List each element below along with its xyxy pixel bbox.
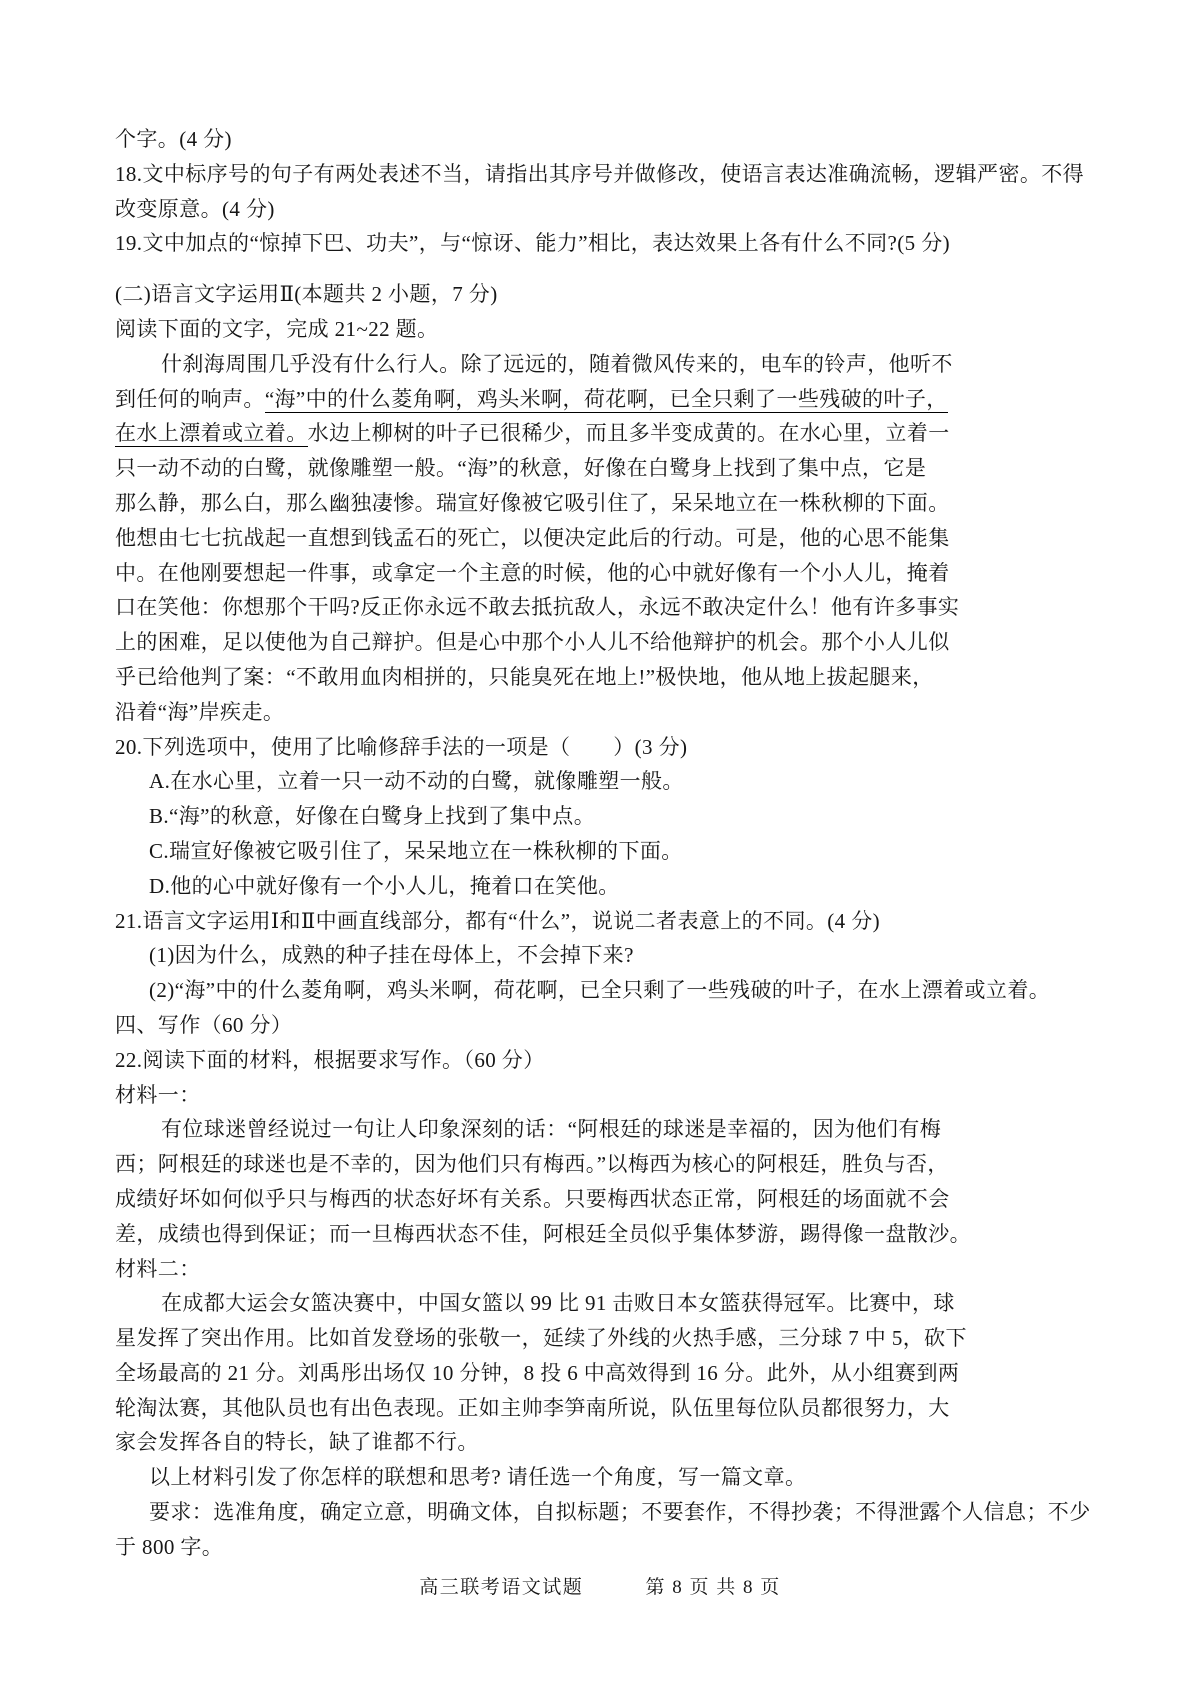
text-segment: 有位球迷曾经说过一句让人印象深刻的话：“阿根廷的球迷是幸福的，因为他们有梅 xyxy=(161,1117,941,1141)
text-line: 于 800 字。 xyxy=(115,1530,1090,1565)
text-segment: 乎已给他判了案：“不敢用血肉相拼的，只能臭死在地上!”极快地，他从地上拔起腿来， xyxy=(115,665,934,689)
text-line: B.“海”的秋意，好像在白鹭身上找到了集中点。 xyxy=(115,799,1090,834)
text-line: 星发挥了突出作用。比如首发登场的张敬一，延续了外线的火热手感，三分球 7 中 5… xyxy=(115,1321,1090,1356)
text-line: 要求：选准角度，确定立意，明确文体，自拟标题；不要套作，不得抄袭；不得泄露个人信… xyxy=(115,1495,1090,1530)
text-segment: B.“海”的秋意，好像在白鹭身上找到了集中点。 xyxy=(149,804,595,828)
text-line: 在水上漂着或立着。水边上柳树的叶子已很稀少，而且多半变成黄的。在水心里，立着一 xyxy=(115,416,1090,451)
text-segment: 19.文中加点的“惊掉下巴、功夫”，与“惊讶、能力”相比，表达效果上各有什么不同… xyxy=(115,231,950,255)
text-line: C.瑞宣好像被它吸引住了，呆呆地立在一株秋柳的下面。 xyxy=(115,834,1090,869)
text-line: 差，成绩也得到保证；而一旦梅西状态不佳，阿根廷全员似乎集体梦游，踢得像一盘散沙。 xyxy=(115,1217,1090,1252)
text-segment: 上的困难，足以使他为自己辩护。但是心中那个小人儿不给他辩护的机会。那个小人儿似 xyxy=(115,630,950,654)
text-line: 18.文中标序号的句子有两处表述不当，请指出其序号并做修改，使语言表达准确流畅，… xyxy=(115,157,1090,192)
text-segment: 中。在他刚要想起一件事，或拿定一个主意的时候，他的心中就好像有一个小人儿，掩着 xyxy=(115,561,950,585)
text-line: A.在水心里，立着一只一动不动的白鹭，就像雕塑一般。 xyxy=(115,764,1090,799)
line-gap xyxy=(115,261,1090,277)
text-line: 20.下列选项中，使用了比喻修辞手法的一项是（ ）(3 分) xyxy=(115,730,1090,765)
text-line: 以上材料引发了你怎样的联想和思考? 请任选一个角度，写一篇文章。 xyxy=(115,1460,1090,1495)
text-segment: 于 800 字。 xyxy=(115,1535,223,1559)
text-line: (二)语言文字运用Ⅱ(本题共 2 小题，7 分) xyxy=(115,277,1090,312)
text-segment: 材料二： xyxy=(115,1257,201,1281)
text-segment: (1)因为什么，成熟的种子挂在母体上，不会掉下来? xyxy=(149,943,634,967)
text-line: 全场最高的 21 分。刘禹彤出场仅 10 分钟，8 投 6 中高效得到 16 分… xyxy=(115,1356,1090,1391)
footer-page-number: 第 8 页 共 8 页 xyxy=(646,1577,781,1598)
text-segment: 要求：选准角度，确定立意，明确文体，自拟标题；不要套作，不得抄袭；不得泄露个人信… xyxy=(149,1500,1091,1524)
text-segment: C.瑞宣好像被它吸引住了，呆呆地立在一株秋柳的下面。 xyxy=(149,839,683,863)
text-line: 乎已给他判了案：“不敢用血肉相拼的，只能臭死在地上!”极快地，他从地上拔起腿来， xyxy=(115,660,1090,695)
text-segment: 阅读下面的文字，完成 21~22 题。 xyxy=(115,317,438,341)
text-line: 材料一： xyxy=(115,1078,1090,1113)
text-line: 个字。(4 分) xyxy=(115,122,1090,157)
text-line: 21.语言文字运用Ⅰ和Ⅱ中画直线部分，都有“什么”，说说二者表意上的不同。(4 … xyxy=(115,904,1090,939)
text-line: (2)“海”中的什么菱角啊，鸡头米啊，荷花啊，已全只剩了一些残破的叶子，在水上漂… xyxy=(115,973,1090,1008)
text-segment: 21.语言文字运用Ⅰ和Ⅱ中画直线部分，都有“什么”，说说二者表意上的不同。(4 … xyxy=(115,909,880,933)
text-line: 22.阅读下面的材料，根据要求写作。（60 分） xyxy=(115,1043,1090,1078)
text-segment: 差，成绩也得到保证；而一旦梅西状态不佳，阿根廷全员似乎集体梦游，踢得像一盘散沙。 xyxy=(115,1222,971,1246)
text-segment: 水边上柳树的叶子已很稀少，而且多半变成黄的。在水心里，立着一 xyxy=(308,421,950,445)
text-line: 四、写作（60 分） xyxy=(115,1008,1090,1043)
text-segment: 全场最高的 21 分。刘禹彤出场仅 10 分钟，8 投 6 中高效得到 16 分… xyxy=(115,1361,959,1385)
footer-doc-title: 高三联考语文试题 xyxy=(419,1577,583,1598)
text-segment: 那么静，那么白，那么幽独凄惨。瑞宣好像被它吸引住了，呆呆地立在一株秋柳的下面。 xyxy=(115,491,950,515)
text-segment: 改变原意。(4 分) xyxy=(115,197,275,221)
text-line: 阅读下面的文字，完成 21~22 题。 xyxy=(115,312,1090,347)
text-segment: (2)“海”中的什么菱角啊，鸡头米啊，荷花啊，已全只剩了一些残破的叶子，在水上漂… xyxy=(149,978,1050,1002)
text-segment: 沿着“海”岸疾走。 xyxy=(115,700,284,724)
text-segment: 星发挥了突出作用。比如首发登场的张敬一，延续了外线的火热手感，三分球 7 中 5… xyxy=(115,1326,967,1350)
text-line: 他想由七七抗战起一直想到钱孟石的死亡，以便决定此后的行动。可是，他的心思不能集 xyxy=(115,521,1090,556)
text-segment: 口在笑他：你想那个干吗?反正你永远不敢去抵抗敌人，永远不敢决定什么！他有许多事实 xyxy=(115,595,959,619)
text-line: 只一动不动的白鹭，就像雕塑一般。“海”的秋意，好像在白鹭身上找到了集中点，它是 xyxy=(115,451,1090,486)
text-segment: 西；阿根廷的球迷也是不幸的，因为他们只有梅西。”以梅西为核心的阿根廷，胜负与否， xyxy=(115,1152,949,1176)
page-footer: 高三联考语文试题 第 8 页 共 8 页 xyxy=(0,1572,1200,1599)
page-content: 个字。(4 分)18.文中标序号的句子有两处表述不当，请指出其序号并做修改，使语… xyxy=(115,122,1090,1565)
text-segment: 以上材料引发了你怎样的联想和思考? 请任选一个角度，写一篇文章。 xyxy=(149,1465,806,1489)
text-segment: 18.文中标序号的句子有两处表述不当，请指出其序号并做修改，使语言表达准确流畅，… xyxy=(115,162,1084,186)
text-line: 那么静，那么白，那么幽独凄惨。瑞宣好像被它吸引住了，呆呆地立在一株秋柳的下面。 xyxy=(115,486,1090,521)
text-line: 西；阿根廷的球迷也是不幸的，因为他们只有梅西。”以梅西为核心的阿根廷，胜负与否， xyxy=(115,1147,1090,1182)
text-line: 成绩好坏如何似乎只与梅西的状态好坏有关系。只要梅西状态正常，阿根廷的场面就不会 xyxy=(115,1182,1090,1217)
text-line: 上的困难，足以使他为自己辩护。但是心中那个小人儿不给他辩护的机会。那个小人儿似 xyxy=(115,625,1090,660)
underlined-segment: “海”中的什么菱角啊，鸡头米啊，荷花啊，已全只剩了一些残破的叶子， xyxy=(265,387,948,413)
text-line: 轮淘汰赛，其他队员也有出色表现。正如主帅李笋南所说，队伍里每位队员都很努力，大 xyxy=(115,1391,1090,1426)
text-line: 到任何的响声。“海”中的什么菱角啊，鸡头米啊，荷花啊，已全只剩了一些残破的叶子， xyxy=(115,382,1090,417)
text-line: 口在笑他：你想那个干吗?反正你永远不敢去抵抗敌人，永远不敢决定什么！他有许多事实 xyxy=(115,590,1090,625)
text-segment: 家会发挥各自的特长，缺了谁都不行。 xyxy=(115,1430,479,1454)
text-line: 沿着“海”岸疾走。 xyxy=(115,695,1090,730)
text-line: 材料二： xyxy=(115,1252,1090,1287)
text-segment: 在成都大运会女篮决赛中，中国女篮以 99 比 91 击败日本女篮获得冠军。比赛中… xyxy=(161,1291,955,1315)
text-line: 中。在他刚要想起一件事，或拿定一个主意的时候，他的心中就好像有一个小人儿，掩着 xyxy=(115,556,1090,591)
text-segment: 22.阅读下面的材料，根据要求写作。（60 分） xyxy=(115,1048,545,1072)
text-segment: 四、写作（60 分） xyxy=(115,1013,292,1037)
text-line: 什刹海周围几乎没有什么行人。除了远远的，随着微风传来的，电车的铃声，他听不 xyxy=(115,347,1090,382)
underlined-segment: 在水上漂着或立着。 xyxy=(115,421,308,447)
text-segment: 轮淘汰赛，其他队员也有出色表现。正如主帅李笋南所说，队伍里每位队员都很努力，大 xyxy=(115,1396,950,1420)
text-segment: 他想由七七抗战起一直想到钱孟石的死亡，以便决定此后的行动。可是，他的心思不能集 xyxy=(115,526,950,550)
text-segment: 成绩好坏如何似乎只与梅西的状态好坏有关系。只要梅西状态正常，阿根廷的场面就不会 xyxy=(115,1187,950,1211)
text-segment: 20.下列选项中，使用了比喻修辞手法的一项是（ ）(3 分) xyxy=(115,735,687,759)
text-segment: 只一动不动的白鹭，就像雕塑一般。“海”的秋意，好像在白鹭身上找到了集中点，它是 xyxy=(115,456,926,480)
exam-page: 个字。(4 分)18.文中标序号的句子有两处表述不当，请指出其序号并做修改，使语… xyxy=(0,0,1200,1696)
text-line: (1)因为什么，成熟的种子挂在母体上，不会掉下来? xyxy=(115,938,1090,973)
text-segment: 什刹海周围几乎没有什么行人。除了远远的，随着微风传来的，电车的铃声，他听不 xyxy=(161,352,953,376)
text-segment: (二)语言文字运用Ⅱ(本题共 2 小题，7 分) xyxy=(115,282,498,306)
text-line: 有位球迷曾经说过一句让人印象深刻的话：“阿根廷的球迷是幸福的，因为他们有梅 xyxy=(115,1112,1090,1147)
text-line: D.他的心中就好像有一个小人儿，掩着口在笑他。 xyxy=(115,869,1090,904)
text-segment: 个字。(4 分) xyxy=(115,127,232,151)
text-segment: 到任何的响声。 xyxy=(115,387,265,411)
text-line: 19.文中加点的“惊掉下巴、功夫”，与“惊讶、能力”相比，表达效果上各有什么不同… xyxy=(115,226,1090,261)
text-segment: A.在水心里，立着一只一动不动的白鹭，就像雕塑一般。 xyxy=(149,769,684,793)
text-line: 改变原意。(4 分) xyxy=(115,192,1090,227)
text-segment: D.他的心中就好像有一个小人儿，掩着口在笑他。 xyxy=(149,874,620,898)
text-segment: 材料一： xyxy=(115,1083,201,1107)
text-line: 在成都大运会女篮决赛中，中国女篮以 99 比 91 击败日本女篮获得冠军。比赛中… xyxy=(115,1286,1090,1321)
text-line: 家会发挥各自的特长，缺了谁都不行。 xyxy=(115,1425,1090,1460)
